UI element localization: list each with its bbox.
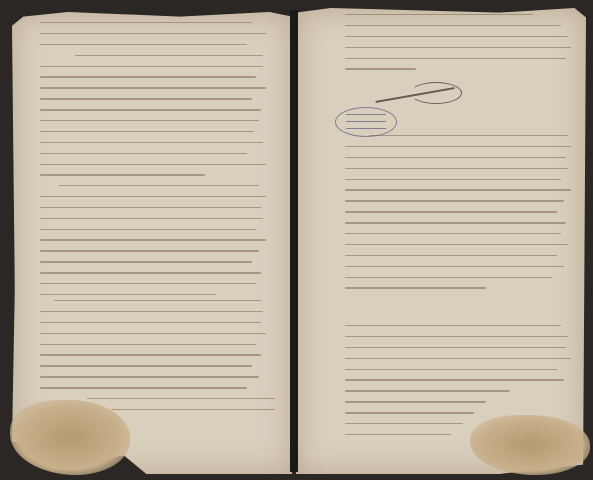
right-text-block-2 [345, 135, 580, 298]
left-text-block-2 [40, 185, 275, 305]
archival-stamp [335, 107, 397, 137]
left-text-block-1 [40, 22, 275, 185]
left-text-block-3 [40, 300, 275, 420]
right-text-block-1 [345, 14, 580, 79]
right-text-block-3 [345, 325, 580, 445]
book-spine [290, 10, 298, 472]
